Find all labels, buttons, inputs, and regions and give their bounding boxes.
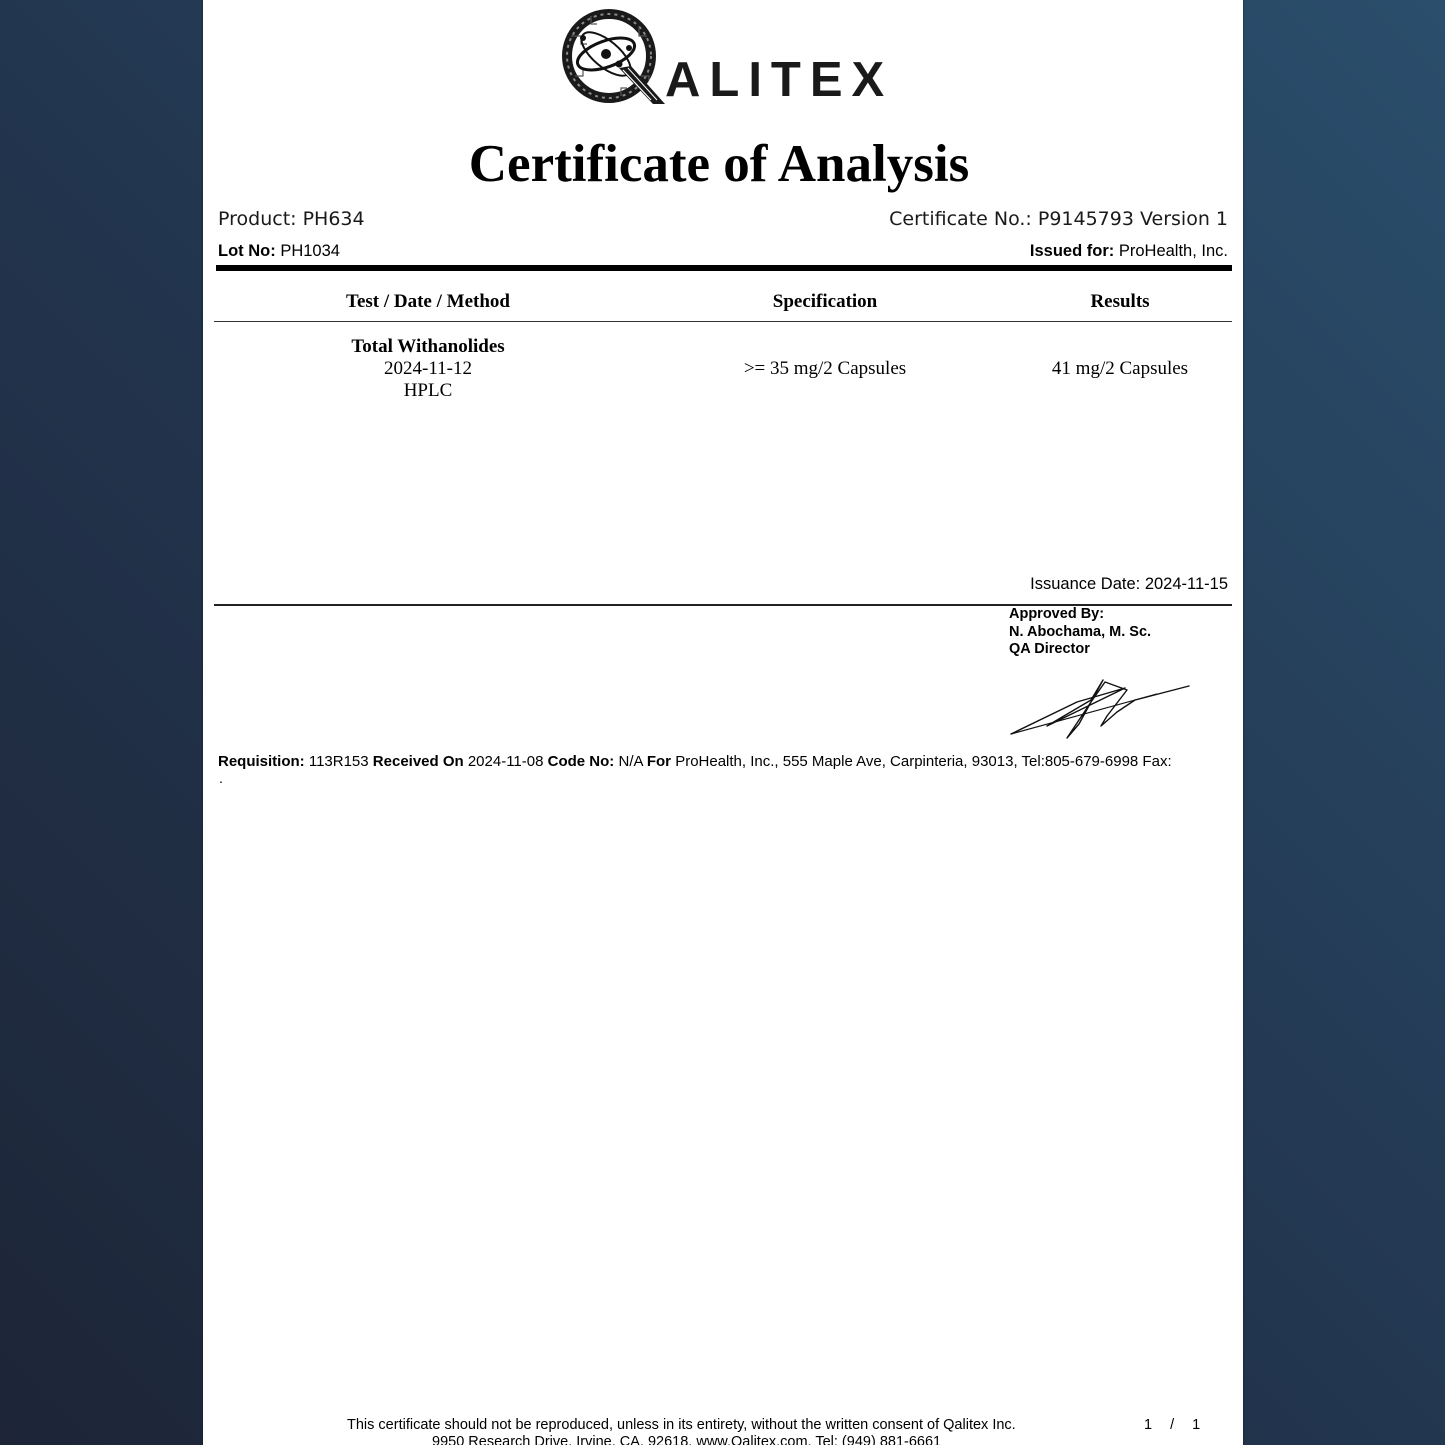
specification-cell: >= 35 mg/2 Capsules xyxy=(744,358,906,380)
issuance-date: Issuance Date: 2024-11-15 xyxy=(1030,575,1228,594)
lot-value: PH1034 xyxy=(280,242,340,260)
approver-title: QA Director xyxy=(1009,641,1151,659)
table-header-divider xyxy=(214,321,1232,322)
handwritten-signature-icon xyxy=(1007,676,1197,740)
certificate-page: ALITEX Certificate of Analysis Product: … xyxy=(203,0,1243,1445)
column-header-results: Results xyxy=(1090,291,1149,313)
issued-for-label: Issued for: xyxy=(1030,242,1114,260)
for-value: ProHealth, Inc., 555 Maple Ave, Carpinte… xyxy=(675,753,1171,770)
test-name: Total Withanolides xyxy=(351,336,504,358)
approval-block: Approved By: N. Abochama, M. Sc. QA Dire… xyxy=(1009,606,1151,659)
issuance-label: Issuance Date: xyxy=(1030,575,1140,593)
received-label: Received On xyxy=(373,753,464,770)
product-value: PH634 xyxy=(303,208,365,230)
column-header-specification: Specification xyxy=(773,291,878,313)
page-title: Certificate of Analysis xyxy=(203,138,1235,191)
test-method: HPLC xyxy=(351,380,504,402)
test-cell: Total Withanolides 2024-11-12 HPLC xyxy=(351,336,504,402)
certificate-value: P9145793 Version 1 xyxy=(1038,208,1228,230)
page-current: 1 xyxy=(1144,1417,1152,1433)
page-total: 1 xyxy=(1192,1417,1200,1433)
requisition-line: Requisition: 113R153 Received On 2024-11… xyxy=(218,753,1172,770)
code-value: N/A xyxy=(618,753,642,770)
requisition-label: Requisition: xyxy=(218,753,305,770)
lot-field: Lot No: PH1034 xyxy=(218,242,340,261)
issuance-value: 2024-11-15 xyxy=(1145,575,1228,593)
code-label: Code No: xyxy=(548,753,615,770)
test-date: 2024-11-12 xyxy=(351,358,504,380)
certificate-label: Certificate No.: xyxy=(889,208,1032,230)
received-value: 2024-11-08 xyxy=(468,753,544,770)
logo-wordmark: ALITEX xyxy=(665,56,893,105)
certificate-number-field: Certificate No.: P9145793 Version 1 xyxy=(889,208,1228,230)
footer-address: 9950 Research Drive, Irvine, CA, 92618, … xyxy=(432,1434,941,1445)
footer-notice: This certificate should not be reproduce… xyxy=(347,1417,1016,1433)
page-indicator: 1 / 1 xyxy=(1144,1417,1200,1433)
requisition-value: 113R153 xyxy=(309,753,369,770)
approver-name: N. Abochama, M. Sc. xyxy=(1009,624,1151,642)
requisition-trailing: . xyxy=(219,770,223,786)
result-cell: 41 mg/2 Capsules xyxy=(1052,358,1188,380)
issued-for-field: Issued for: ProHealth, Inc. xyxy=(1030,242,1228,261)
issued-for-value: ProHealth, Inc. xyxy=(1119,242,1228,260)
product-field: Product: PH634 xyxy=(218,208,365,230)
page-separator: / xyxy=(1170,1417,1174,1433)
header-divider xyxy=(216,265,1232,271)
product-label: Product: xyxy=(218,208,297,230)
for-label: For xyxy=(647,753,671,770)
approved-by-label: Approved By: xyxy=(1009,606,1151,624)
column-header-test: Test / Date / Method xyxy=(346,291,510,313)
lot-label: Lot No: xyxy=(218,242,276,260)
